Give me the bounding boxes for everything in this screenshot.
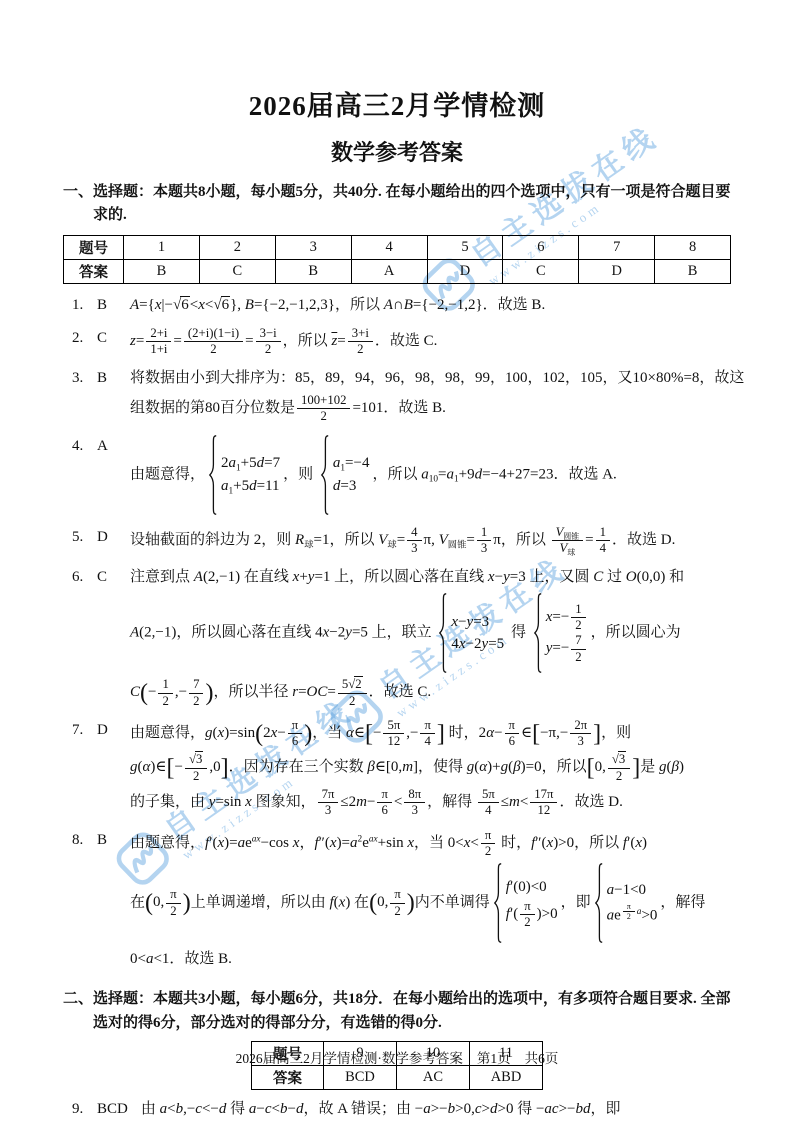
table-row: 题号12345678 [64, 235, 731, 259]
item-number: 2. [72, 326, 97, 350]
math-line: 组数据的第80百分位数是100+1022=101．故选 B. [130, 393, 731, 425]
table-label-cell: 答案 [64, 259, 124, 283]
table-value-cell: B [655, 259, 731, 283]
item-content: 由题意得，2a1+5d=7a1+5d=11，则 a1=−4d=3，所以 a10=… [130, 431, 731, 519]
table-value-cell: 3 [275, 235, 351, 259]
item-number: 1. [72, 293, 97, 317]
math-line: 将数据由小到大排序为：85，89，94，96，98，98，99，100，102，… [130, 366, 731, 390]
math-line: 的子集，由 y=sin x 图象知，7π3≤2m−π6<8π3，解得 5π4≤m… [130, 787, 731, 819]
section2-heading: 二、 选择题：本题共3小题，每小题6分，共18分．在每小题给出的选项中，有多项符… [63, 988, 731, 1035]
cases-brace [439, 593, 447, 673]
item-content: A={x|−√6<x<√6}, B={−2,−1,2,3}，所以 A∩B={−2… [130, 290, 731, 320]
item-content: 设轴截面的斜边为 2，则 R球=1，所以 V球=43π, V圆锥=13π，所以 … [130, 522, 731, 560]
item-number: 9. [72, 1097, 97, 1121]
footer-title: 2026届高三2月学情检测·数学参考答案 [236, 1051, 463, 1066]
math-line: z=2+i1+i=(2+i)(1−i)2=3−i2，所以 z=3+i2．故选 C… [130, 326, 731, 358]
table-value-cell: BCD [324, 1065, 397, 1089]
answer-item: 2.Cz=2+i1+i=(2+i)(1−i)2=3−i2，所以 z=3+i2．故… [63, 323, 731, 361]
math-line: C(−12,−72)，所以半径 r=OC=5√22．故选 C. [130, 677, 731, 709]
math-line: A={x|−√6<x<√6}, B={−2,−1,2,3}，所以 A∩B={−2… [130, 293, 731, 317]
item-answer: B [97, 293, 117, 317]
math-line: 注意到点 A(2,−1) 在直线 x+y=1 上，所以圆心落在直线 x−y=3 … [130, 565, 731, 589]
cases-brace [534, 593, 542, 673]
table-label-cell: 题号 [64, 235, 124, 259]
answer-item: 5.D设轴截面的斜边为 2，则 R球=1，所以 V球=43π, V圆锥=13π，… [63, 522, 731, 560]
table-value-cell: ABD [470, 1065, 543, 1089]
math-line: 在(0,π2)上单调递增，所以由 f(x) 在(0,π2)内不单调得f′(0)<… [130, 862, 731, 944]
math-line: 由题意得，g(x)=sin(2x−π6)，当 α∈[−5π12,−π4] 时，2… [130, 718, 731, 750]
answer-item: 7.D由题意得，g(x)=sin(2x−π6)，当 α∈[−5π12,−π4] … [63, 715, 731, 822]
math-line: 由题意得，2a1+5d=7a1+5d=11，则 a1=−4d=3，所以 a10=… [130, 434, 731, 516]
item-number: 5. [72, 525, 97, 549]
answer-item: 4.A由题意得，2a1+5d=7a1+5d=11，则 a1=−4d=3，所以 a… [63, 431, 731, 519]
cases-brace [494, 863, 502, 943]
section1-heading-text: 选择题：本题共8小题，每小题5分，共40分. 在每小题给出的四个选项中，只有一项… [93, 181, 731, 228]
table-value-cell: 5 [427, 235, 503, 259]
answer-table-section1: 题号12345678答案BCBADCDB [63, 235, 731, 284]
section1-heading: 一、 选择题：本题共8小题，每小题5分，共40分. 在每小题给出的四个选项中，只… [63, 181, 731, 228]
item-number: 6. [72, 565, 97, 589]
table-value-cell: 6 [503, 235, 579, 259]
item-number: 7. [72, 718, 97, 742]
cases-brace [321, 435, 329, 515]
table-value-cell: 8 [655, 235, 731, 259]
answer-explanations-section1: 1.BA={x|−√6<x<√6}, B={−2,−1,2,3}，所以 A∩B=… [63, 290, 731, 975]
table-value-cell: 4 [351, 235, 427, 259]
item-answer: A [97, 434, 117, 458]
doc-title: 2026届高三2月学情检测 [63, 84, 731, 123]
item-content: z=2+i1+i=(2+i)(1−i)2=3−i2，所以 z=3+i2．故选 C… [130, 323, 731, 361]
math-line: 设轴截面的斜边为 2，则 R球=1，所以 V球=43π, V圆锥=13π，所以 … [130, 525, 731, 557]
item-number: 8. [72, 828, 97, 852]
document-body: 2026届高三2月学情检测 数学参考答案 一、 选择题：本题共8小题，每小题5分… [0, 0, 794, 1123]
table-label-cell: 答案 [252, 1065, 324, 1089]
math-line: A(2,−1)，所以圆心落在直线 4x−2y=5 上，联立 x−y=34x−2y… [130, 592, 731, 674]
item-answer: D [97, 525, 117, 549]
table-value-cell: AC [397, 1065, 470, 1089]
table-value-cell: D [427, 259, 503, 283]
table-value-cell: 1 [124, 235, 200, 259]
section2-prefix: 二、 [63, 988, 93, 1035]
section2-heading-text: 选择题：本题共3小题，每小题6分，共18分．在每小题给出的选项中，有多项符合题目… [93, 988, 731, 1035]
table-value-cell: C [503, 259, 579, 283]
table-value-cell: B [124, 259, 200, 283]
table-value-cell: C [199, 259, 275, 283]
item-content: 由题意得，f′(x)=aeax−cos x，f″(x)=a2eax+sin x，… [130, 825, 731, 975]
item-content: 由 a<b,−c<−d 得 a−c<b−d，故 A 错误；由 −a>−b>0,c… [141, 1094, 731, 1123]
cases-brace [209, 435, 217, 515]
table-value-cell: B [275, 259, 351, 283]
table-value-cell: 7 [579, 235, 655, 259]
item-content: 注意到点 A(2,−1) 在直线 x+y=1 上，所以圆心落在直线 x−y=3 … [130, 562, 731, 712]
item-answer: C [97, 565, 117, 589]
item-content: 由题意得，g(x)=sin(2x−π6)，当 α∈[−5π12,−π4] 时，2… [130, 715, 731, 822]
item-number: 4. [72, 434, 97, 458]
item-answer: B [97, 828, 117, 852]
answer-item: 8.B由题意得，f′(x)=aeax−cos x，f″(x)=a2eax+sin… [63, 825, 731, 975]
doc-subtitle: 数学参考答案 [63, 136, 731, 167]
answer-item: 1.BA={x|−√6<x<√6}, B={−2,−1,2,3}，所以 A∩B=… [63, 290, 731, 320]
section1-prefix: 一、 [63, 181, 93, 228]
cases-brace [595, 863, 603, 943]
table-value-cell: 2 [199, 235, 275, 259]
item-answer: B [97, 366, 117, 390]
item-answer: BCD [97, 1097, 128, 1121]
item-answer: D [97, 718, 117, 742]
answer-item: 6.C注意到点 A(2,−1) 在直线 x+y=1 上，所以圆心落在直线 x−y… [63, 562, 731, 712]
item-number: 3. [72, 366, 97, 390]
answer-item: 3.B将数据由小到大排序为：85，89，94，96，98，98，99，100，1… [63, 363, 731, 428]
footer-page-total: 共6页 [525, 1051, 559, 1066]
math-line: 由 a<b,−c<−d 得 a−c<b−d，故 A 错误；由 −a>−b>0,c… [141, 1097, 731, 1121]
item-content: 将数据由小到大排序为：85，89，94，96，98，98，99，100，102，… [130, 363, 731, 428]
table-row: 答案BCBADCDB [64, 259, 731, 283]
answer-explanations-section2: 9.BCD由 a<b,−c<−d 得 a−c<b−d，故 A 错误；由 −a>−… [63, 1094, 731, 1123]
math-line: 由题意得，f′(x)=aeax−cos x，f″(x)=a2eax+sin x，… [130, 828, 731, 860]
answer-item: 9.BCD由 a<b,−c<−d 得 a−c<b−d，故 A 错误；由 −a>−… [63, 1094, 731, 1123]
table-value-cell: A [351, 259, 427, 283]
table-row: 答案BCDACABD [252, 1065, 543, 1089]
math-line: g(α)∈[−√32,0]．因为存在三个实数 β∈[0,m]，使得 g(α)+g… [130, 752, 731, 784]
page-footer: 2026届高三2月学情检测·数学参考答案第1页共6页 [0, 1047, 794, 1067]
table-value-cell: D [579, 259, 655, 283]
item-answer: C [97, 326, 117, 350]
footer-page-number: 第1页 [477, 1051, 511, 1066]
math-line: 0<a<1．故选 B. [130, 947, 731, 971]
page: 自主选拔在线 www.zizzs.com 自主选拔在线 www.zizzs.co… [0, 0, 794, 1123]
